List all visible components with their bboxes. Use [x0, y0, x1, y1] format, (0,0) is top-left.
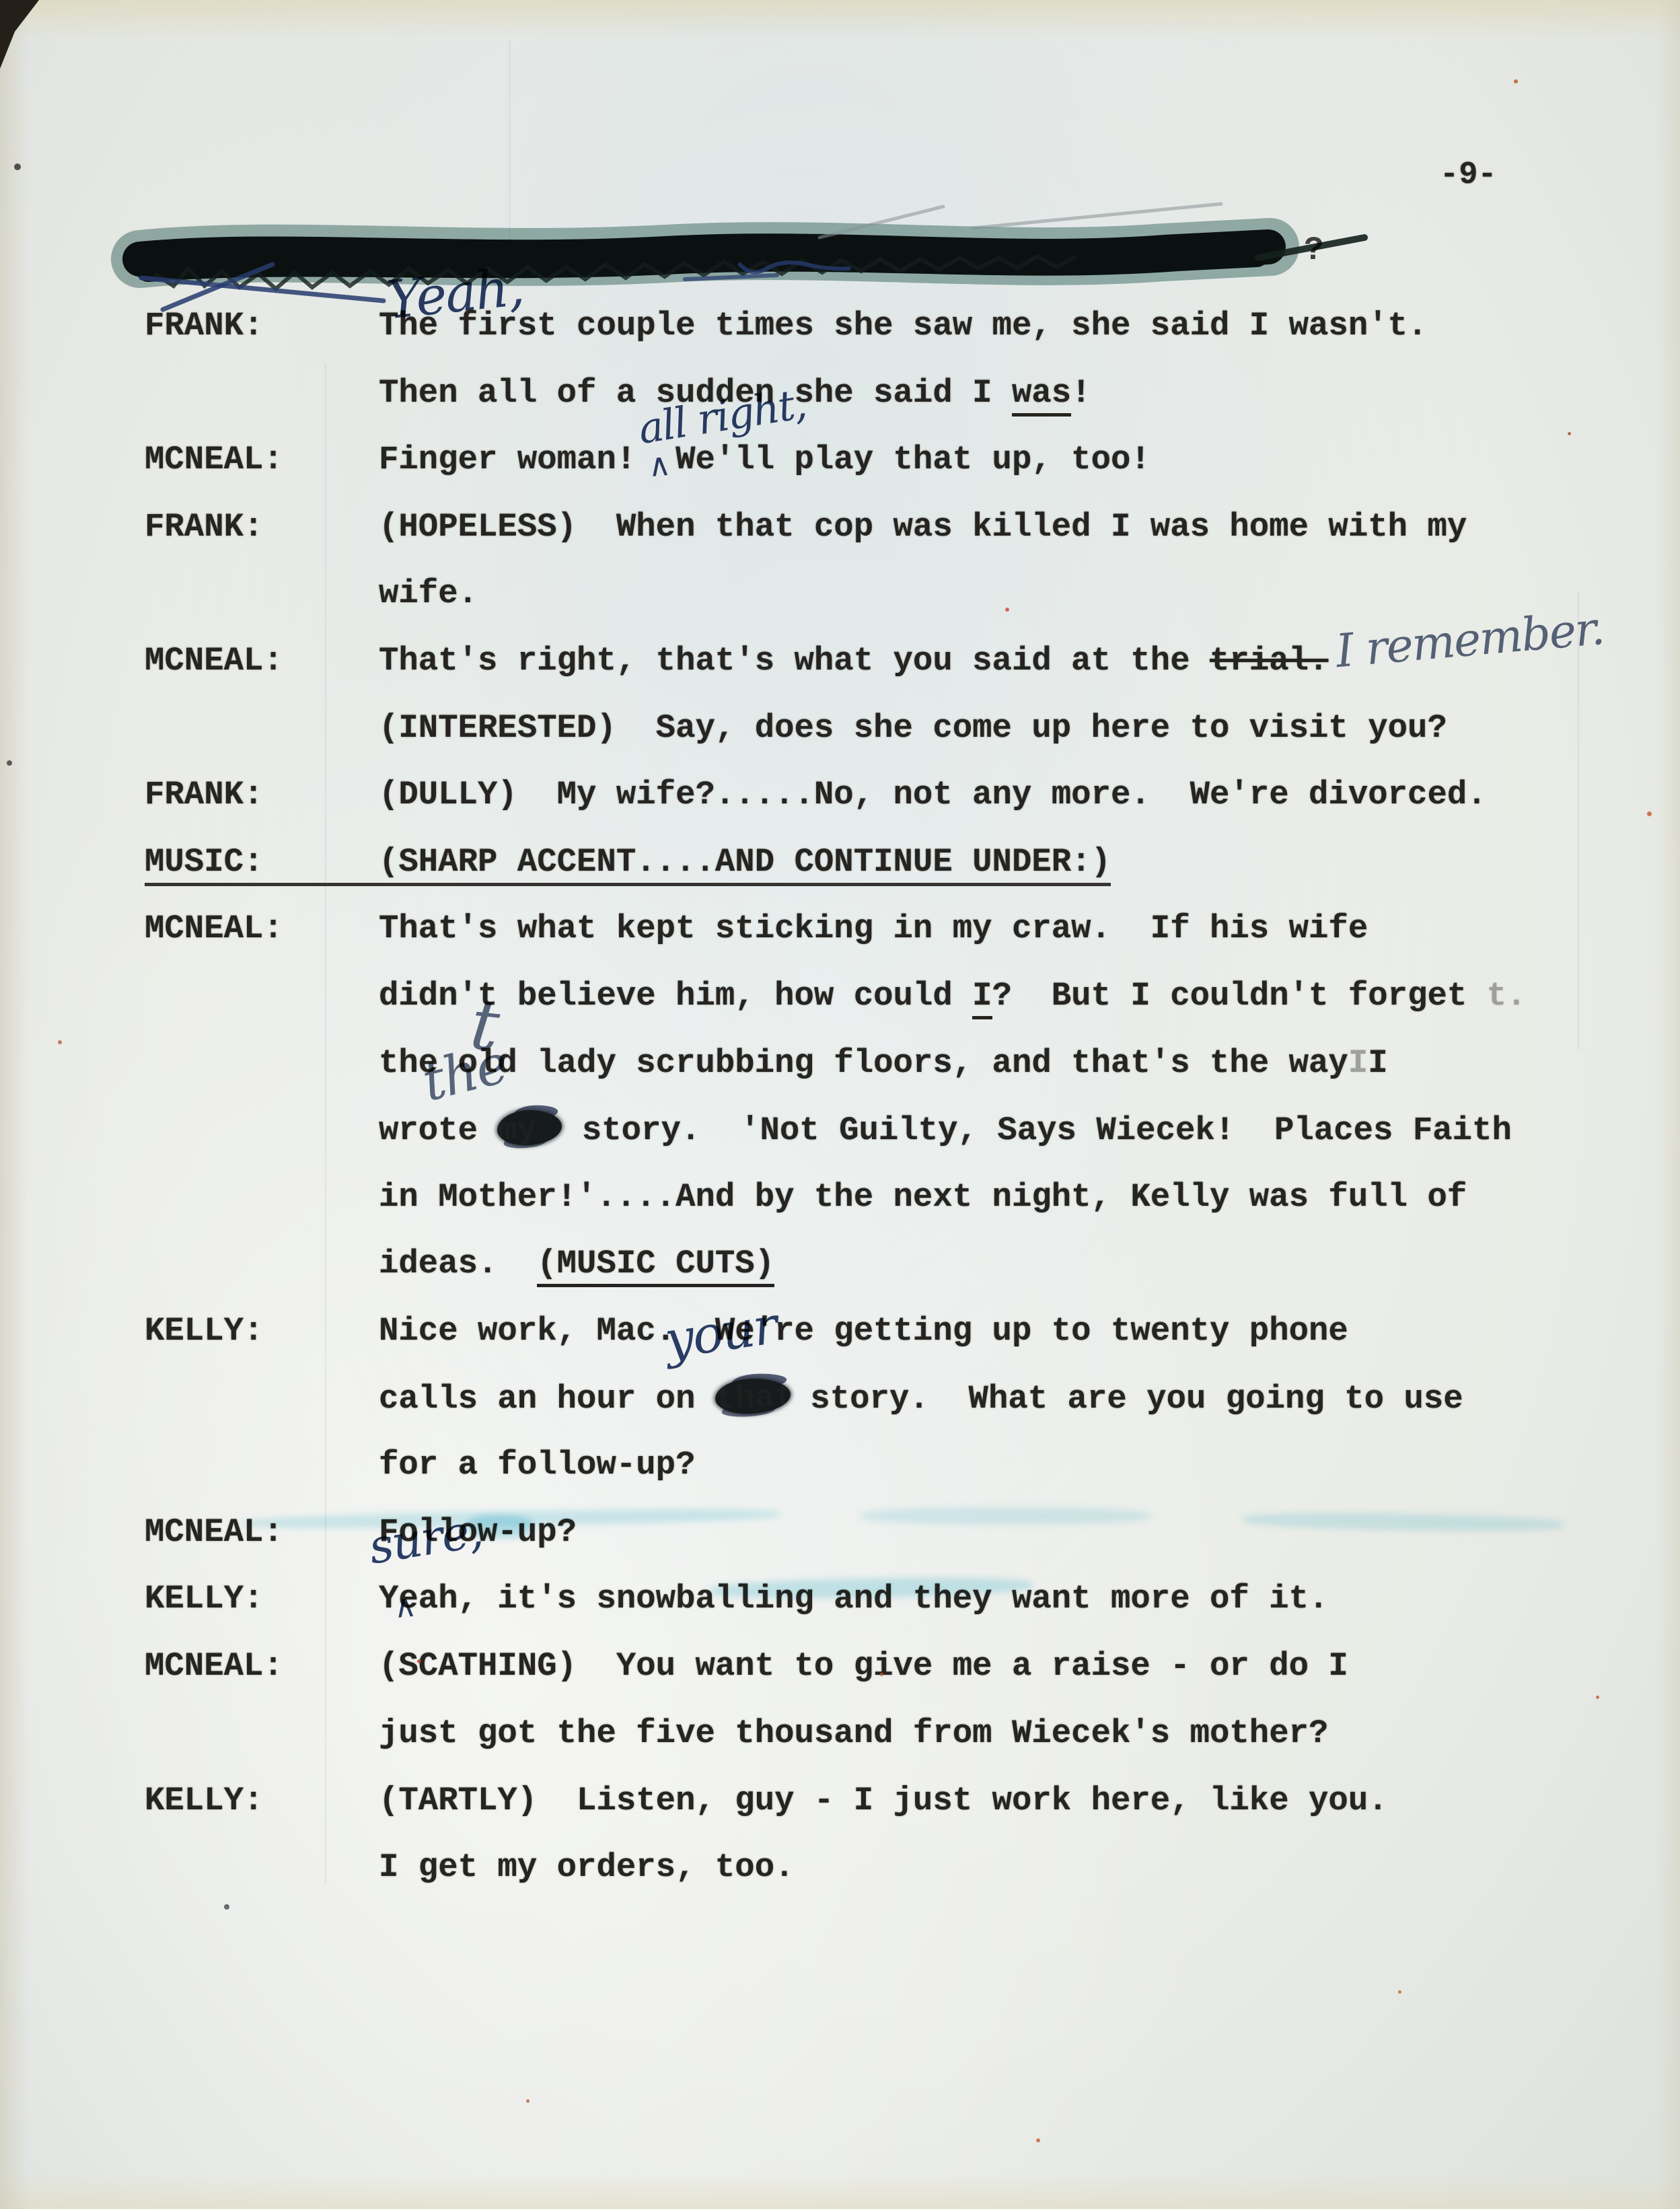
dialogue-text: (DULLY) My wife?.....No, not any more. W…	[379, 775, 1487, 815]
paper-speck	[526, 2099, 529, 2103]
page-number: -9-	[1440, 157, 1497, 193]
redaction-scribble	[101, 198, 1379, 340]
dialogue-text: I get my orders, too.	[379, 1848, 795, 1887]
ink-blot-over-word: that	[715, 1377, 791, 1415]
script-page: -9- ? FRANK:The first couple times she s…	[0, 0, 1680, 2209]
speaker-label: MCNEAL:	[145, 440, 283, 480]
speaker-label: FRANK:	[145, 507, 263, 547]
paper-speck	[1568, 432, 1571, 435]
dialogue-text: ideas. (MUSIC CUTS)	[379, 1244, 774, 1284]
paper-speck	[14, 164, 21, 170]
speaker-label: MCNEAL:	[145, 909, 283, 949]
dialogue-text: That's right, that's what you said at th…	[379, 641, 1328, 681]
paper-corner-chip	[0, 0, 39, 69]
hw-your: your	[661, 1295, 780, 1370]
speaker-label: MCNEAL:	[145, 1646, 283, 1686]
ink-smudge	[1241, 1511, 1564, 1533]
typed-underline-rule	[145, 883, 1111, 886]
paper-speck	[1514, 79, 1518, 83]
speaker-label: KELLY:	[145, 1579, 263, 1619]
dialogue-text: Finger woman! We'll play that up, too!	[379, 440, 1151, 480]
paper-speck	[1647, 811, 1652, 816]
hw-caret-2: ∧	[392, 1587, 416, 1626]
dialogue-text: for a follow-up?	[379, 1445, 695, 1485]
speaker-label: KELLY:	[145, 1781, 263, 1821]
dialogue-text: (INTERESTED) Say, does she come up here …	[379, 709, 1447, 748]
hw-caret-1: ∧	[647, 446, 671, 484]
paper-speck	[224, 1904, 229, 1910]
dialogue-text: didn't believe him, how could I? But I c…	[379, 976, 1527, 1016]
dialogue-text: (TARTLY) Listen, guy - I just work here,…	[379, 1781, 1388, 1821]
paper-speck	[1398, 1990, 1401, 1994]
dialogue-text: the old lady scrubbing floors, and that'…	[379, 1044, 1388, 1083]
dialogue-text: in Mother!'....And by the next night, Ke…	[379, 1178, 1467, 1217]
dialogue-text: calls an hour on that story. What are yo…	[379, 1379, 1463, 1419]
dialogue-text: wrote my story. 'Not Guilty, Says Wiecek…	[379, 1110, 1512, 1151]
paper-crease	[1577, 592, 1580, 1050]
dialogue-text: (HOPELESS) When that cop was killed I wa…	[379, 507, 1467, 547]
dialogue-text: (SHARP ACCENT....AND CONTINUE UNDER:)	[379, 842, 1111, 882]
hw-i-remember: I remember.	[1334, 602, 1605, 678]
paper-speck	[1005, 608, 1009, 612]
ink-smudge	[861, 1507, 1151, 1525]
paper-speck	[7, 760, 12, 766]
speaker-label: KELLY:	[145, 1311, 263, 1351]
paper-speck	[1596, 1696, 1599, 1699]
paper-speck	[1036, 2138, 1040, 2142]
struck-word: trial.	[1210, 642, 1328, 680]
paper-speck	[417, 1659, 421, 1663]
speaker-label: MUSIC:	[145, 842, 263, 882]
paper-speck	[58, 1040, 62, 1044]
dialogue-text: wife.	[379, 574, 478, 614]
paper-crease	[324, 363, 327, 1884]
paper-speck	[880, 1673, 883, 1676]
dialogue-text: That's what kept sticking in my craw. If…	[379, 909, 1368, 949]
speaker-label: FRANK:	[145, 775, 263, 815]
ink-blot-over-word: my	[497, 1109, 563, 1146]
dialogue-text: (SCATHING) You want to give me a raise -…	[379, 1646, 1348, 1686]
dialogue-text: Nice work, Mac. We're getting up to twen…	[379, 1311, 1348, 1351]
speaker-label: MCNEAL:	[145, 641, 283, 681]
dialogue-text: just got the five thousand from Wiecek's…	[379, 1714, 1328, 1753]
